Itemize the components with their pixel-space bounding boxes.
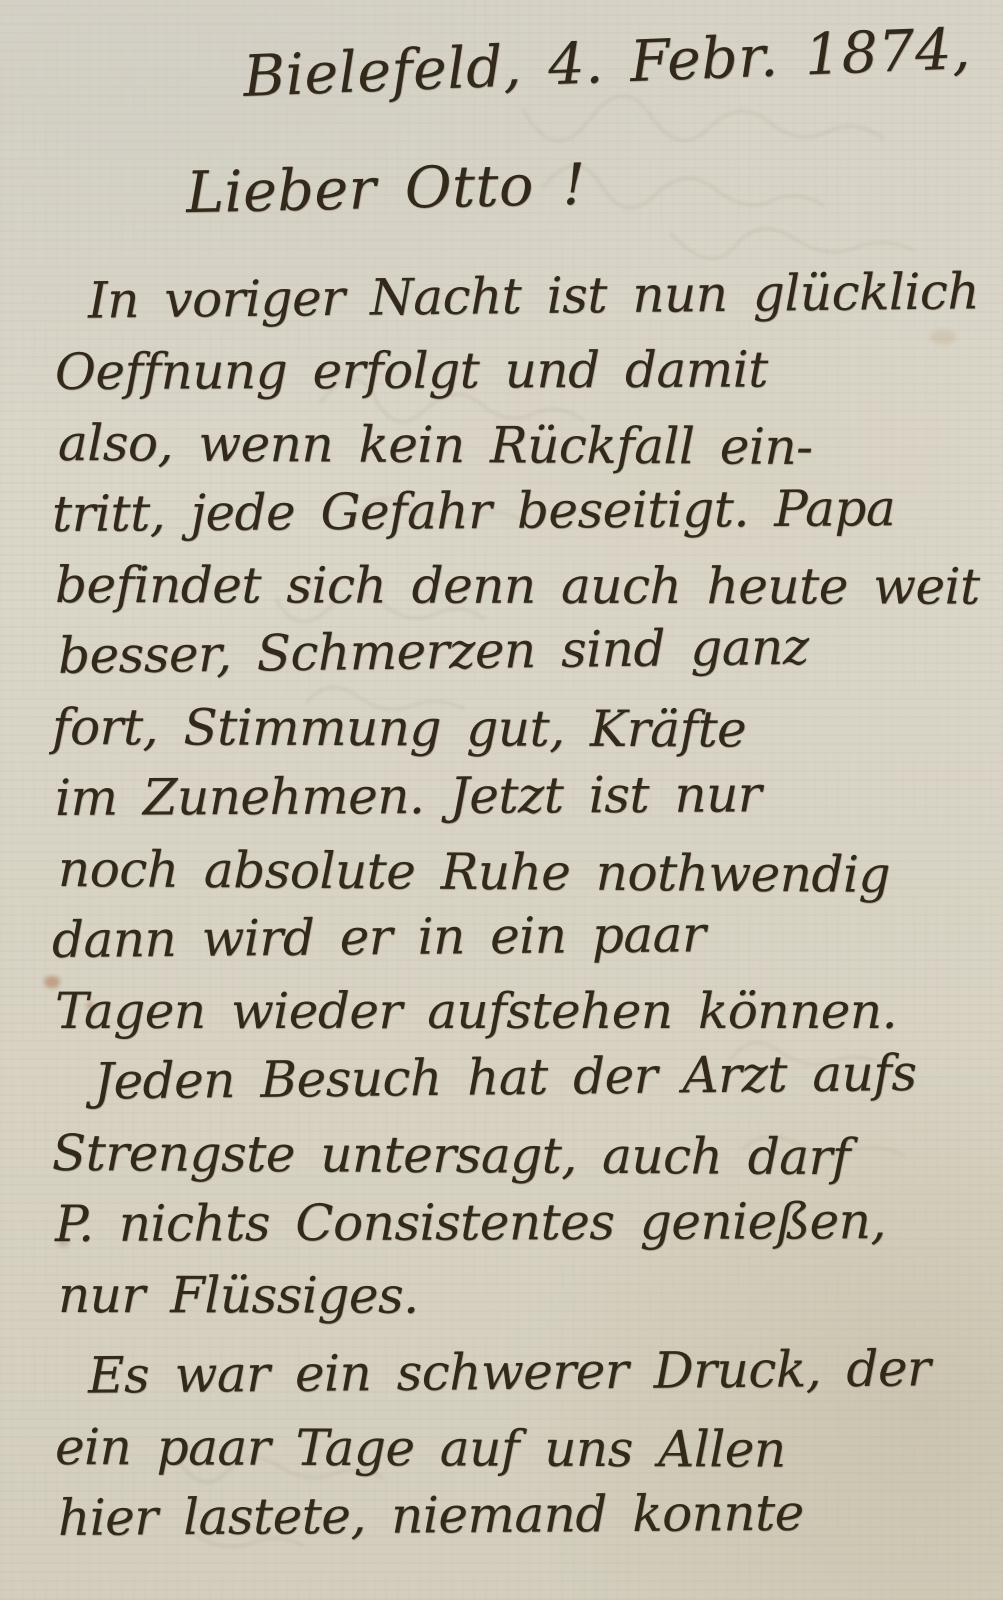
letter-line: Es war ein schwerer Druck, der xyxy=(52,1333,1003,1412)
letter-line: Oeffnung erfolgt und damit xyxy=(55,334,1003,408)
letter-line: dann wird er in ein paar xyxy=(52,897,1003,976)
letter-line: ein paar Tage auf uns Allen xyxy=(55,1412,1003,1486)
letter-line: In voriger Nacht ist nun glücklich xyxy=(52,256,1003,337)
letter-line: P. nichts Consistentes genießen, xyxy=(55,1186,1003,1260)
letter-line: Strengste untersagt, auch darf xyxy=(52,1118,1002,1194)
letter-line: nur Flüssiges. xyxy=(58,1260,1003,1333)
letter-body: In voriger Nacht ist nun glücklichOeffnu… xyxy=(52,266,1002,1554)
dateline: Bielefeld, 4. Febr. 1874, xyxy=(242,16,972,110)
letter-line: tritt, jede Gefahr beseitigt. Papa xyxy=(52,472,1002,550)
letter-line: hier lastete, niemand konnte xyxy=(58,1476,1003,1554)
letter-line: besser, Schmerzen sind ganz xyxy=(58,609,1003,692)
letter-line: fort, Stimmung gut, Kräfte xyxy=(52,692,1002,766)
letter-line: im Zunehmen. Jetzt ist nur xyxy=(55,758,1003,834)
letter-page: Bielefeld, 4. Febr. 1874, Lieber Otto ! … xyxy=(0,0,1003,1600)
salutation: Lieber Otto ! xyxy=(185,152,586,226)
letter-line: Jeden Besuch hat der Arzt aufs xyxy=(58,1037,1003,1118)
letter-line: Tagen wieder aufstehen können. xyxy=(55,976,1003,1047)
